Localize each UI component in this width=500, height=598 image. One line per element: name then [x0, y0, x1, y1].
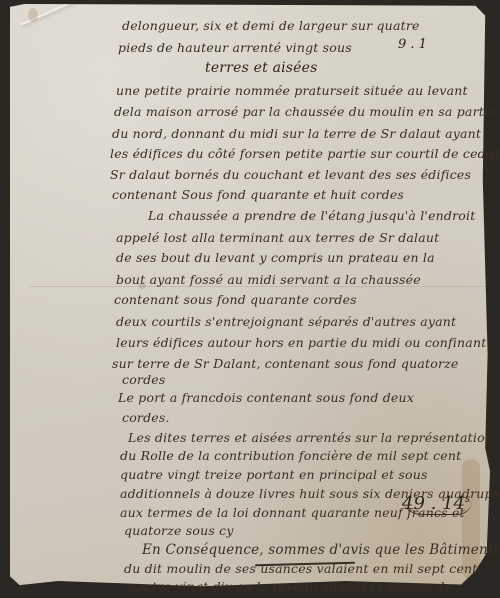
- text-line: une petite prairie nommée praturseit sit…: [116, 83, 468, 98]
- text-line: du nord, donnant du midi sur la terre de…: [112, 126, 481, 141]
- text-line: quatre vingt dix en la revenu annuel la …: [128, 579, 452, 594]
- text-line: cordes: [122, 372, 166, 387]
- text-line: du Rolle de la contribution foncière de …: [120, 448, 461, 463]
- text-line: leurs édifices autour hors en partie du …: [116, 335, 486, 350]
- text-line: Les dites terres et aisées arrentés sur …: [128, 430, 493, 445]
- margin-amount-value: 49 . 14: [402, 493, 465, 514]
- margin-amount: 49 . 14s: [400, 493, 472, 515]
- text-line: quatorze sous cy: [124, 523, 234, 538]
- text-line: quatre vingt treize portant en principal…: [120, 467, 428, 482]
- text-line: pieds de hauteur arrenté vingt sous: [118, 40, 352, 55]
- text-line: La chaussée a prendre de l'étang jusqu'à…: [148, 208, 475, 223]
- text-line: de ses bout du levant y compris un prate…: [116, 250, 435, 265]
- text-line: bout ayant fossé au midi servant a la ch…: [116, 272, 421, 287]
- document-viewer: delongueur, six et demi de largeur sur q…: [0, 0, 500, 598]
- text-line: appelé lost alla terminant aux terres de…: [116, 230, 439, 245]
- text-line: contenant Sous fond quarante et huit cor…: [112, 187, 404, 202]
- text-line: Le port a francdois contenant sous fond …: [118, 390, 414, 405]
- section-heading: terres et aisées: [205, 60, 318, 76]
- text-line: les édifices du côté forsen petite parti…: [110, 146, 500, 161]
- text-line: delongueur, six et demi de largeur sur q…: [122, 18, 420, 33]
- text-line: dela maison arrosé par la chaussée du mo…: [114, 104, 496, 119]
- text-line: contenant sous fond quarante cordes: [114, 292, 357, 307]
- text-line: En Conséquence, sommes d'avis que les Bâ…: [142, 542, 500, 558]
- top-right-value: 9 . 1: [398, 37, 427, 52]
- margin-amount-suffix: s: [465, 494, 470, 505]
- manuscript-text: delongueur, six et demi de largeur sur q…: [0, 0, 500, 598]
- text-line: deux courtils s'entrejoignant séparés d'…: [116, 314, 456, 329]
- text-line: sur terre de Sr Dalant, contenant sous f…: [112, 356, 459, 371]
- text-line: cordes.: [122, 410, 170, 425]
- text-line: Sr dalaut bornés du couchant et levant d…: [110, 167, 471, 182]
